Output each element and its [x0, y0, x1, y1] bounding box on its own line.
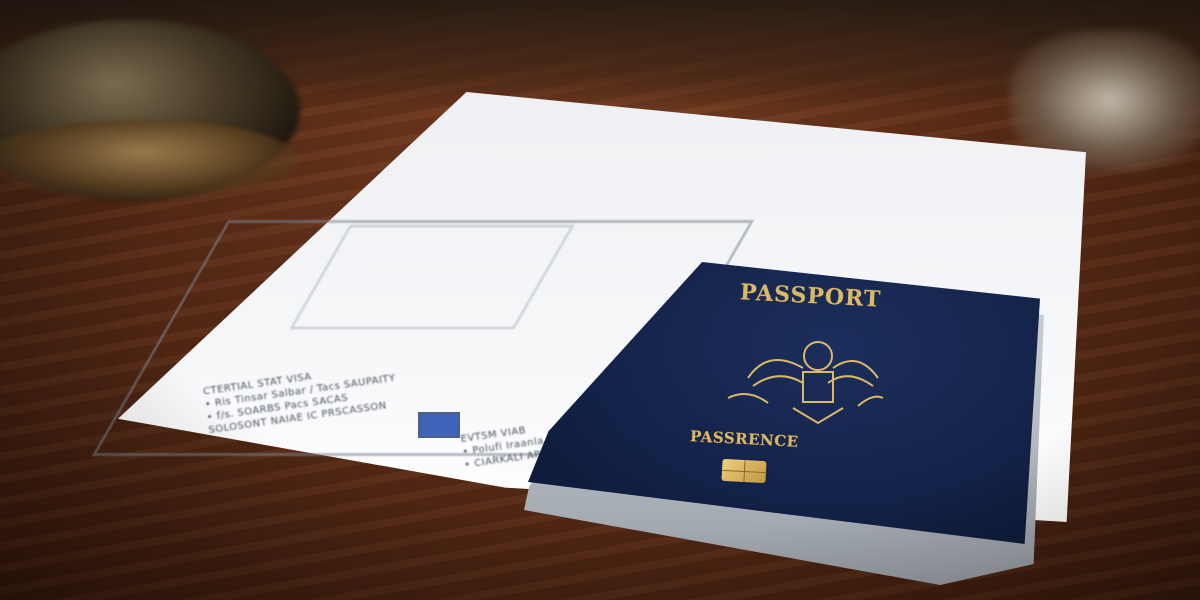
eagle-seal-icon	[708, 338, 888, 428]
chip-icon	[721, 459, 766, 483]
form-logo-icon	[418, 412, 460, 438]
